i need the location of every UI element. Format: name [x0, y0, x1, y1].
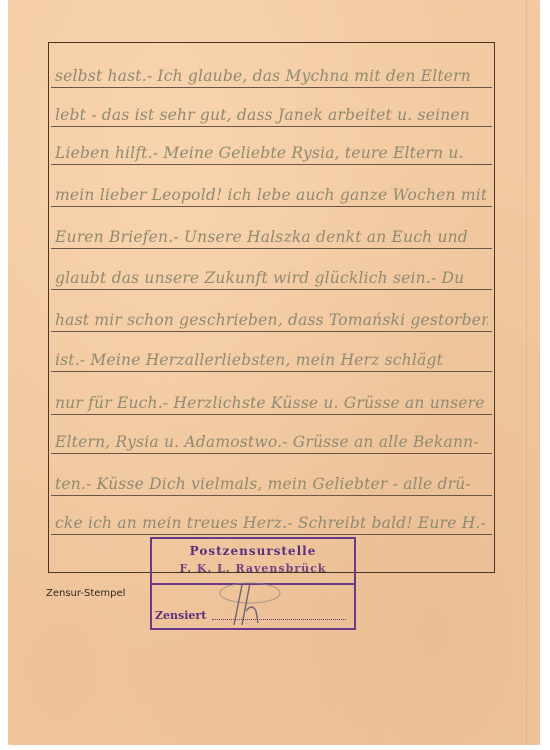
letter-line: selbst hast.- Ich glaube, das Mychna mit…: [51, 47, 492, 88]
letter-line: nur für Euch.- Herzlichste Küsse u. Grüs…: [51, 374, 492, 415]
letter-line: mein lieber Leopold! ich lebe auch ganze…: [51, 166, 492, 207]
handwritten-text: ist.- Meine Herzallerliebsten, mein Herz…: [55, 351, 488, 369]
censor-signature-icon: [212, 581, 292, 629]
letter-line: lebt - das ist sehr gut, dass Janek arbe…: [51, 86, 492, 127]
handwritten-text: Euren Briefen.- Unsere Halszka denkt an …: [55, 228, 488, 246]
handwritten-text: glaubt das unsere Zukunft wird glücklich…: [55, 269, 488, 287]
handwritten-text: ten.- Küsse Dich vielmals, mein Geliebte…: [55, 475, 488, 493]
stamp-censored-label: Zensiert: [155, 609, 206, 622]
censor-stamp: Postzensurstelle F. K. L. Ravensbrück Ze…: [150, 537, 356, 630]
letter-line: hast mir schon geschrieben, dass Tomańsk…: [51, 291, 492, 332]
letter-line: ist.- Meine Herzallerliebsten, mein Herz…: [51, 331, 492, 372]
paper-fold: [526, 0, 527, 745]
handwritten-text: nur für Euch.- Herzlichste Küsse u. Grüs…: [55, 394, 488, 412]
handwritten-text: lebt - das ist sehr gut, dass Janek arbe…: [55, 106, 488, 124]
handwritten-text: hast mir schon geschrieben, dass Tomańsk…: [55, 311, 488, 329]
letter-line: Eltern, Rysia u. Adamostwo.- Grüsse an a…: [51, 413, 492, 454]
stamp-subtitle: F. K. L. Ravensbrück: [152, 562, 354, 575]
stamp-title: Postzensurstelle: [152, 544, 354, 558]
letter-line: ten.- Küsse Dich vielmals, mein Geliebte…: [51, 455, 492, 496]
handwritten-text: Lieben hilft.- Meine Geliebte Rysia, teu…: [55, 144, 488, 162]
letter-line: Euren Briefen.- Unsere Halszka denkt an …: [51, 208, 492, 249]
letter-line: cke ich an mein treues Herz.- Schreibt b…: [51, 494, 492, 535]
stamp-signature-line: [212, 619, 346, 620]
handwritten-text: Eltern, Rysia u. Adamostwo.- Grüsse an a…: [55, 433, 488, 451]
ruled-writing-area: selbst hast.- Ich glaube, das Mychna mit…: [48, 42, 495, 573]
letter-line: glaubt das unsere Zukunft wird glücklich…: [51, 249, 492, 290]
handwritten-text: selbst hast.- Ich glaube, das Mychna mit…: [55, 67, 488, 85]
handwritten-text: cke ich an mein treues Herz.- Schreibt b…: [55, 514, 488, 532]
handwritten-text: mein lieber Leopold! ich lebe auch ganze…: [55, 186, 488, 204]
letter-line: Lieben hilft.- Meine Geliebte Rysia, teu…: [51, 124, 492, 165]
stamp-caption: Zensur-Stempel: [46, 588, 125, 599]
